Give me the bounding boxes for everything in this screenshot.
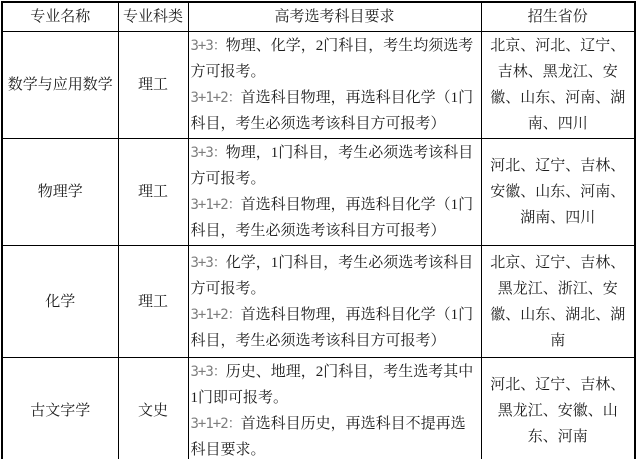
- col-header-subject-requirements: 高考选考科目要求: [188, 2, 481, 32]
- requirement-prefix: 3+3：: [191, 38, 226, 54]
- subject-requirements-cell: 3+3：物理、化学，2门科目，考生均须选考方可报考。 3+1+2：首选科目物理，…: [188, 32, 481, 139]
- requirement-3plus3: 3+3：历史、地理，2门科目，考生选考其中1门即可报考。: [191, 359, 479, 411]
- col-header-enrollment-provinces: 招生省份: [481, 2, 635, 32]
- requirement-3plus1plus2: 3+1+2：首选科目历史，再选科目不提再选科目要求。: [191, 411, 479, 459]
- requirement-prefix: 3+3：: [191, 255, 226, 271]
- requirement-3plus3: 3+3：化学，1门科目，考生必须选考该科目方可报考。: [191, 250, 479, 302]
- major-name-cell: 数学与应用数学: [2, 32, 118, 139]
- requirement-3plus1plus2: 3+1+2：首选科目物理，再选科目化学（1门科目，考生必须选考该科目方可报考）: [191, 85, 479, 137]
- requirement-prefix: 3+3：: [191, 364, 226, 380]
- major-name-cell: 古文字学: [2, 358, 118, 459]
- requirement-prefix: 3+1+2：: [191, 197, 241, 213]
- table-row: 数学与应用数学 理工 3+3：物理、化学，2门科目，考生均须选考方可报考。 3+…: [2, 32, 635, 139]
- requirement-text: 物理、化学，2门科目，考生均须选考方可报考。: [191, 38, 474, 80]
- provinces-cell: 河北、辽宁、吉林、黑龙江、安徽、山东、河南: [481, 358, 635, 459]
- requirement-3plus1plus2: 3+1+2：首选科目物理，再选科目化学（1门科目，考生必须选考该科目方可报考）: [191, 302, 479, 354]
- provinces-cell: 河北、辽宁、吉林、安徽、山东、河南、湖南、四川: [481, 139, 635, 246]
- requirement-prefix: 3+1+2：: [191, 90, 241, 106]
- requirement-prefix: 3+1+2：: [191, 416, 241, 432]
- col-header-major-category: 专业科类: [118, 2, 188, 32]
- admissions-requirements-table: 专业名称 专业科类 高考选考科目要求 招生省份 数学与应用数学 理工 3+3：物…: [1, 1, 636, 459]
- provinces-cell: 北京、辽宁、吉林、黑龙江、浙江、安徽、山东、湖北、湖南: [481, 246, 635, 358]
- header-row: 专业名称 专业科类 高考选考科目要求 招生省份: [2, 2, 635, 32]
- major-name-cell: 化学: [2, 246, 118, 358]
- requirement-text: 历史、地理，2门科目，考生选考其中1门即可报考。: [191, 364, 474, 406]
- subject-requirements-cell: 3+3：历史、地理，2门科目，考生选考其中1门即可报考。 3+1+2：首选科目历…: [188, 358, 481, 459]
- provinces-cell: 北京、河北、辽宁、吉林、黑龙江、安徽、山东、河南、湖南、四川: [481, 32, 635, 139]
- table-row: 物理学 理工 3+3：物理，1门科目，考生必须选考该科目方可报考。 3+1+2：…: [2, 139, 635, 246]
- major-category-cell: 文史: [118, 358, 188, 459]
- requirement-prefix: 3+3：: [191, 145, 226, 161]
- table-row: 化学 理工 3+3：化学，1门科目，考生必须选考该科目方可报考。 3+1+2：首…: [2, 246, 635, 358]
- requirement-prefix: 3+1+2：: [191, 307, 241, 323]
- requirement-3plus3: 3+3：物理、化学，2门科目，考生均须选考方可报考。: [191, 33, 479, 85]
- requirement-3plus1plus2: 3+1+2：首选科目物理，再选科目化学（1门科目，考生必须选考该科目方可报考）: [191, 192, 479, 244]
- major-name-cell: 物理学: [2, 139, 118, 246]
- col-header-major-name: 专业名称: [2, 2, 118, 32]
- subject-requirements-cell: 3+3：化学，1门科目，考生必须选考该科目方可报考。 3+1+2：首选科目物理，…: [188, 246, 481, 358]
- requirement-text: 化学，1门科目，考生必须选考该科目方可报考。: [191, 255, 474, 297]
- major-category-cell: 理工: [118, 32, 188, 139]
- major-category-cell: 理工: [118, 139, 188, 246]
- requirement-3plus3: 3+3：物理，1门科目，考生必须选考该科目方可报考。: [191, 140, 479, 192]
- table-row: 古文字学 文史 3+3：历史、地理，2门科目，考生选考其中1门即可报考。 3+1…: [2, 358, 635, 459]
- major-category-cell: 理工: [118, 246, 188, 358]
- subject-requirements-cell: 3+3：物理，1门科目，考生必须选考该科目方可报考。 3+1+2：首选科目物理，…: [188, 139, 481, 246]
- requirement-text: 物理，1门科目，考生必须选考该科目方可报考。: [191, 145, 474, 187]
